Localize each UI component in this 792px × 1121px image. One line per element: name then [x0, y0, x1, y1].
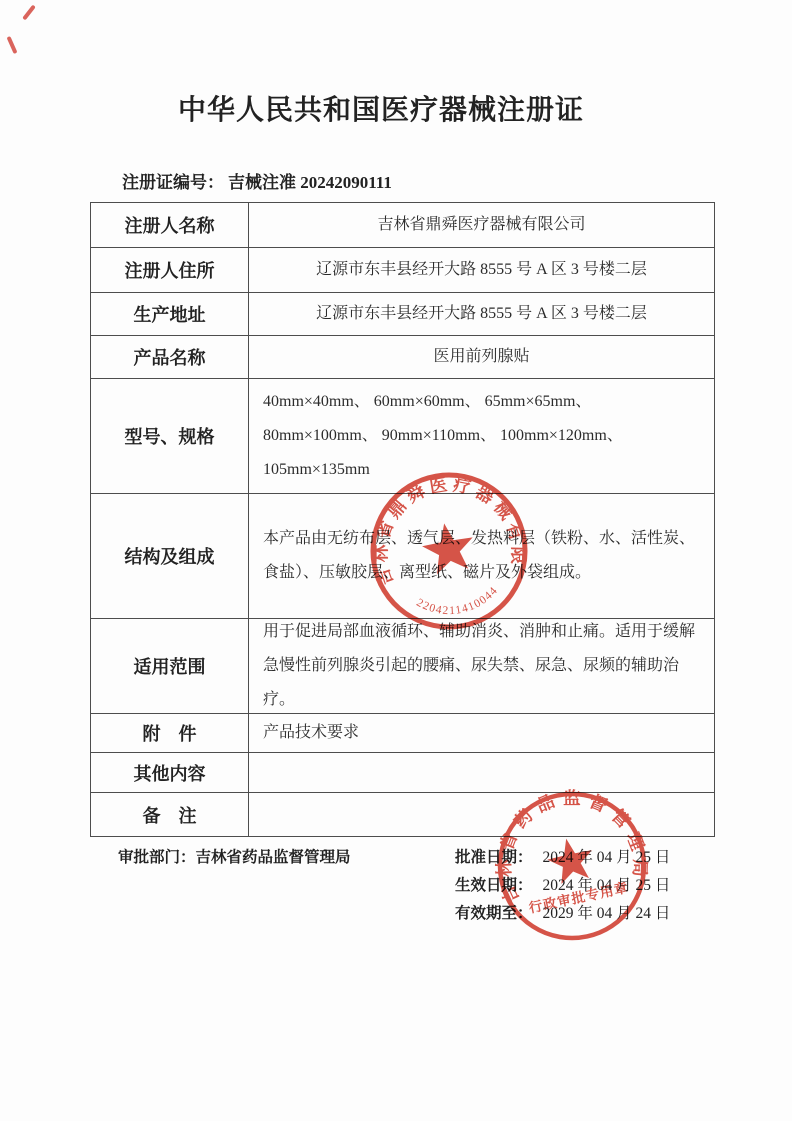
row-label: 型号、规格: [91, 379, 249, 493]
approval-department-label: 审批部门：: [118, 849, 196, 866]
row-value: 吉林省鼎舜医疗器械有限公司: [249, 203, 714, 247]
scan-artifact: [22, 5, 36, 21]
registration-number-label: 注册证编号：: [122, 173, 224, 192]
table-row: 其他内容: [91, 753, 714, 793]
effective-date-label: 生效日期：: [455, 877, 533, 894]
expiry-date-label: 有效期至：: [455, 905, 533, 922]
approval-department-value: 吉林省药品监督管理局: [196, 849, 351, 866]
row-label: 其他内容: [91, 753, 249, 792]
approval-department-line: 审批部门：吉林省药品监督管理局: [118, 845, 351, 867]
row-label: 适用范围: [91, 619, 249, 713]
table-row: 注册人住所 辽源市东丰县经开大路 8555 号 A 区 3 号楼二层: [91, 248, 714, 293]
effective-date-line: 生效日期：2024 年 04 月 25 日: [455, 873, 670, 895]
expiry-date-line: 有效期至：2029 年 04 月 24 日: [455, 901, 670, 923]
row-value: 辽源市东丰县经开大路 8555 号 A 区 3 号楼二层: [249, 293, 714, 335]
approval-date-line: 批准日期：2024 年 04 月 25 日: [455, 845, 670, 867]
table-row: 结构及组成 本产品由无纺布层、透气层、发热料层（铁粉、水、活性炭、食盐）、压敏胶…: [91, 494, 714, 619]
table-row: 注册人名称 吉林省鼎舜医疗器械有限公司: [91, 203, 714, 248]
row-value: 医用前列腺贴: [249, 336, 714, 378]
row-label: 生产地址: [91, 293, 249, 335]
certificate-table: 注册人名称 吉林省鼎舜医疗器械有限公司 注册人住所 辽源市东丰县经开大路 855…: [90, 202, 715, 837]
row-label: 附 件: [91, 714, 249, 752]
approval-date-label: 批准日期：: [455, 849, 533, 866]
registration-number-value: 吉械注准 20242090111: [228, 173, 392, 192]
row-value: 本产品由无纺布层、透气层、发热料层（铁粉、水、活性炭、食盐）、压敏胶层、离型纸、…: [249, 494, 714, 618]
table-row: 产品名称 医用前列腺贴: [91, 336, 714, 379]
approval-date-value: 2024 年 04 月 25 日: [543, 849, 671, 866]
table-row: 附 件 产品技术要求: [91, 714, 714, 753]
table-row: 备 注: [91, 793, 714, 836]
table-row: 适用范围 用于促进局部血液循环、辅助消炎、消肿和止痛。适用于缓解急慢性前列腺炎引…: [91, 619, 714, 714]
row-label: 结构及组成: [91, 494, 249, 618]
row-label: 注册人住所: [91, 248, 249, 292]
scan-artifact: [7, 36, 18, 54]
row-label: 注册人名称: [91, 203, 249, 247]
row-label: 备 注: [91, 793, 249, 836]
registration-number-line: 注册证编号：吉械注准 20242090111: [122, 168, 392, 193]
row-value: 用于促进局部血液循环、辅助消炎、消肿和止痛。适用于缓解急慢性前列腺炎引起的腰痛、…: [249, 619, 714, 713]
certificate-page: 中华人民共和国医疗器械注册证 注册证编号：吉械注准 20242090111 注册…: [0, 0, 792, 1121]
effective-date-value: 2024 年 04 月 25 日: [543, 877, 671, 894]
page-title: 中华人民共和国医疗器械注册证: [178, 88, 618, 128]
row-value: 40mm×40mm、 60mm×60mm、 65mm×65mm、 80mm×10…: [249, 379, 714, 493]
row-value: [249, 753, 714, 792]
row-value: [249, 793, 714, 836]
row-label: 产品名称: [91, 336, 249, 378]
row-value: 辽源市东丰县经开大路 8555 号 A 区 3 号楼二层: [249, 248, 714, 292]
table-row: 型号、规格 40mm×40mm、 60mm×60mm、 65mm×65mm、 8…: [91, 379, 714, 494]
row-value: 产品技术要求: [249, 714, 714, 752]
expiry-date-value: 2029 年 04 月 24 日: [543, 905, 671, 922]
table-row: 生产地址 辽源市东丰县经开大路 8555 号 A 区 3 号楼二层: [91, 293, 714, 336]
